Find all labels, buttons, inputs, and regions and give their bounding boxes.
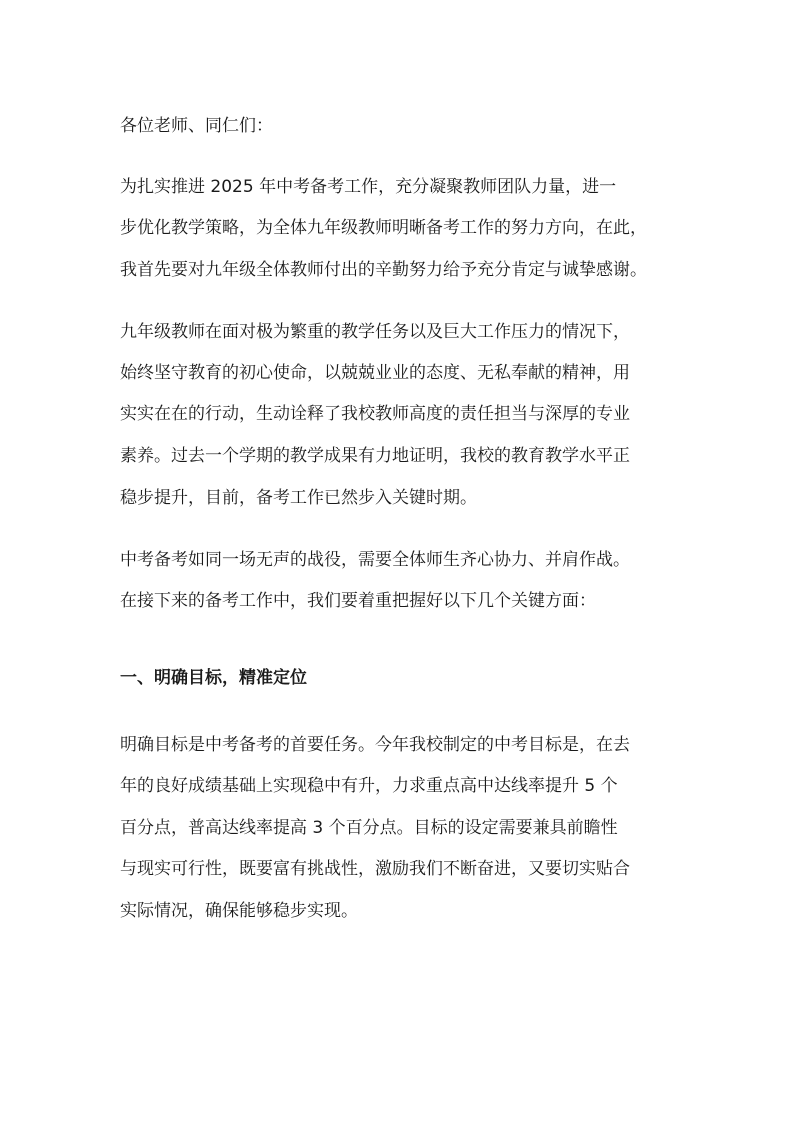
paragraph-line: 在接下来的备考工作中，我们要着重把握好以下几个关键方面： (120, 590, 596, 612)
paragraph-line: 年的良好成绩基础上实现稳中有升，力求重点高中达线率提升 5 个 (120, 775, 618, 797)
paragraph-line: 步优化教学策略，为全体九年级教师明晰备考工作的努力方向，在此， (120, 217, 647, 239)
paragraph-line: 中考备考如同一场无声的战役，需要全体师生齐心协力、并肩作战。 (120, 549, 630, 571)
section-heading: 一、明确目标，精准定位 (120, 667, 307, 689)
paragraph-line: 实际情况，确保能够稳步实现。 (120, 900, 358, 922)
salutation: 各位老师、同仁们： (120, 115, 273, 137)
paragraph-line: 百分点，普高达线率提高 3 个百分点。目标的设定需要兼具前瞻性 (120, 817, 618, 839)
paragraph-line: 实实在在的行动，生动诠释了我校教师高度的责任担当与深厚的专业 (120, 403, 630, 425)
paragraph-line: 与现实可行性，既要富有挑战性，激励我们不断奋进，又要切实贴合 (120, 858, 630, 880)
paragraph-line: 素养。过去一个学期的教学成果有力地证明，我校的教育教学水平正 (120, 445, 630, 467)
paragraph-line: 稳步提升，目前，备考工作已然步入关键时期。 (120, 487, 477, 509)
paragraph-line: 明确目标是中考备考的首要任务。今年我校制定的中考目标是，在去 (120, 734, 630, 756)
paragraph-line: 九年级教师在面对极为繁重的教学任务以及巨大工作压力的情况下， (120, 321, 630, 343)
paragraph-line: 为扎实推进 2025 年中考备考工作，充分凝聚教师团队力量，进一 (120, 176, 616, 198)
paragraph-line: 我首先要对九年级全体教师付出的辛勤努力给予充分肯定与诚挚感谢。 (120, 259, 647, 281)
paragraph-line: 始终坚守教育的初心使命，以兢兢业业的态度、无私奉献的精神，用 (120, 362, 630, 384)
